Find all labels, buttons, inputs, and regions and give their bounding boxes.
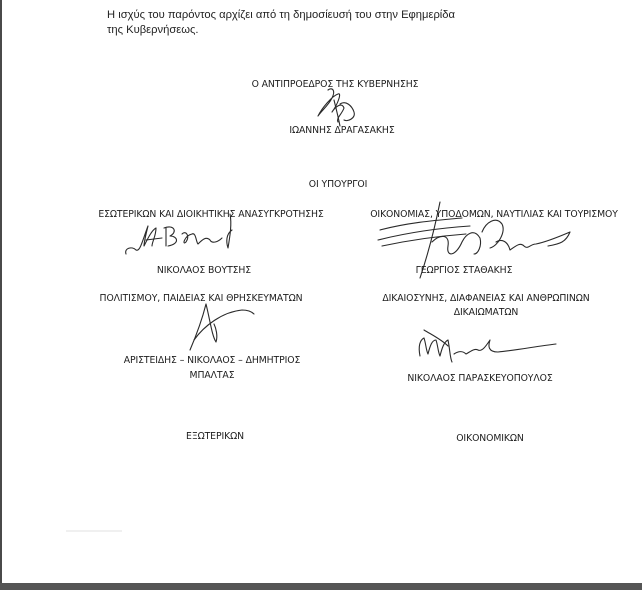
intro-paragraph: Η ισχύς του παρόντος αρχίζει από τη δημο… — [107, 8, 455, 38]
faint-bleed-through — [66, 530, 122, 532]
minister-justice-name: ΝΙΚΟΛΑΟΣ ΠΑΡΑΣΚΕΥΟΠΟΥΛΟΣ — [407, 372, 552, 385]
document-page: Η ισχύς του παρόντος αρχίζει από τη δημο… — [2, 0, 642, 583]
minister-culture-name-line2: ΜΠΑΛΤΑΣ — [190, 369, 235, 382]
vice-president-name: ΙΩΑΝΝΗΣ ΔΡΑΓΑΣΑΚΗΣ — [289, 124, 394, 137]
ministry-justice-title-line1: ΔΙΚΑΙΟΣΥΝΗΣ, ΔΙΑΦΑΝΕΙΑΣ ΚΑΙ ΑΝΘΡΩΠΙΝΩΝ — [382, 292, 589, 305]
ministry-foreign-title: ΕΞΩΤΕΡΙΚΩΝ — [186, 430, 244, 443]
minister-justice-signature — [402, 326, 562, 366]
window-bottom-border — [0, 583, 642, 590]
minister-economy-name: ΓΕΩΡΓΙΟΣ ΣΤΑΘΑΚΗΣ — [416, 264, 513, 277]
ministry-justice-title-line2: ΔΙΚΑΙΩΜΑΤΩΝ — [454, 306, 518, 319]
ministers-heading: ΟΙ ΥΠΟΥΡΓΟΙ — [309, 178, 367, 191]
minister-culture-signature — [182, 300, 262, 354]
ministry-finance-title: ΟΙΚΟΝΟΜΙΚΩΝ — [456, 432, 524, 445]
minister-culture-name-line1: ΑΡΙΣΤΕΙΔΗΣ – ΝΙΚΟΛΑΟΣ – ΔΗΜΗΤΡΙΟΣ — [124, 354, 301, 367]
minister-interior-name: ΝΙΚΟΛΑΟΣ ΒΟΥΤΣΗΣ — [157, 264, 251, 277]
minister-interior-signature — [122, 212, 252, 262]
